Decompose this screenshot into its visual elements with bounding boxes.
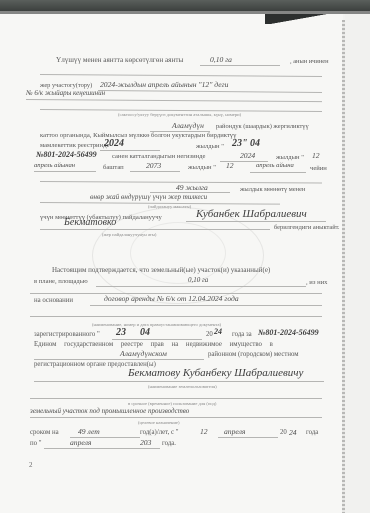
plan-area-ru: 0,10 га xyxy=(188,276,208,284)
area-suffix-ky: , анын ичинен xyxy=(290,58,329,65)
term-years-suffix-ky: жылдык мөөнөтү менен xyxy=(240,186,305,193)
plan-area-suffix-ru: , из них xyxy=(306,279,327,286)
term-prefix-ru: сроком на xyxy=(30,429,59,436)
registry-line-ru: Едином государственном реестре прав на н… xyxy=(34,341,273,348)
district-suffix-ky: райондук (шаардык) жергиликтүү xyxy=(216,123,309,130)
underline xyxy=(34,381,324,382)
term-to-month-ky: апрель айына xyxy=(256,162,294,169)
registered-year-prefix-ru: 20 xyxy=(206,331,213,338)
term-from-label-ky: баштап xyxy=(103,164,124,171)
term-from-year-prefix-ru: 20 xyxy=(280,429,287,436)
underline xyxy=(250,172,306,173)
term-to-suffix-ru: года. xyxy=(162,440,176,447)
term-value-ru: 49 лет xyxy=(78,427,100,436)
caption-recipient-ru: (наименование землепользователя) xyxy=(148,384,217,389)
underline xyxy=(34,171,96,172)
underline xyxy=(100,150,160,151)
term-to-label-ky: чейин xyxy=(310,165,327,172)
right-margin-strip xyxy=(345,14,370,513)
reg-number-ky: №801-2024-56499 xyxy=(36,150,97,159)
underline xyxy=(44,448,68,449)
decision-text-ky: 2024-жылдын апрель айынын "12" деги xyxy=(100,80,228,89)
reg-day-month-ky: 23" 04 xyxy=(232,138,260,149)
underline xyxy=(34,359,204,360)
area-label-ky: Үлүшүү менен аянтта көрсөтүлгөн аянты xyxy=(56,56,183,64)
underline xyxy=(218,437,278,438)
underline xyxy=(112,339,202,340)
underline xyxy=(40,229,270,230)
term-year-word-ru: года xyxy=(306,429,318,436)
registered-year-ru: 24 xyxy=(214,327,222,336)
binding-stitch xyxy=(342,20,345,513)
decision-number-ky: № 6/к жыйары кеңешинин xyxy=(26,89,105,97)
term-years-ky: 49 жылга xyxy=(176,183,208,192)
district-suffix-ru: районном (городском) местном xyxy=(208,351,299,358)
term-from-year-ru: 24 xyxy=(289,428,297,437)
underline xyxy=(186,221,326,222)
caption-temporary-ru: в срочное (временное) пользование для (п… xyxy=(128,401,216,406)
reg-year-ky: 2024 xyxy=(104,138,124,149)
user-name-2-ky: Бекматовко xyxy=(64,217,116,228)
term-from-day-ru: 12 xyxy=(200,427,208,436)
registered-prefix-ru: зарегистрированного " xyxy=(34,331,100,338)
term-to-year-ky: 2073 xyxy=(146,161,161,170)
registered-year-suffix-ru: года за xyxy=(232,331,252,338)
plan-area-prefix-ru: в плане, площадью xyxy=(34,278,88,285)
user-suffix-ky: берилгендиги аныктайт. xyxy=(274,224,340,231)
term-to-month-ru: апреля xyxy=(70,438,91,447)
registered-day-ru: 23 xyxy=(116,327,126,338)
caption-purpose-ru: (целевое назначение) xyxy=(138,420,180,425)
blank-line xyxy=(30,316,322,317)
caption-basis-ky: (сактоосу/уктуу берүүгө документтин атал… xyxy=(118,112,241,117)
registered-month-ru: 04 xyxy=(140,327,150,338)
year-word2-ky: жылдын " xyxy=(276,154,304,161)
district-ru: Аламүдүнском xyxy=(120,349,167,358)
district-ky: Аламүдүн xyxy=(172,121,204,130)
intro-ru: Настоящим подтверждается, что земельный(… xyxy=(52,266,270,274)
basis-prefix-ru: на основании xyxy=(34,297,73,304)
underline xyxy=(136,448,160,449)
term-to-day-ky: 12 xyxy=(226,161,234,170)
year-word3-ky: жылдын " xyxy=(188,164,216,171)
caption-basis-ru: (наименование, номер и дата правоустанав… xyxy=(92,322,221,327)
underline xyxy=(200,65,280,66)
page-number: 2 xyxy=(29,461,33,469)
registry-line-ky: каттоо органында, Кыймылсыз мүлккө болго… xyxy=(40,132,236,139)
plot-label-ky: жер участогу(тору) xyxy=(40,82,92,89)
underline xyxy=(66,448,136,449)
area-value-ky: 0,10 га xyxy=(210,55,232,64)
term-from-year-ky: 2024 xyxy=(240,151,255,160)
registered-number-ru: №801-2024-56499 xyxy=(258,328,319,337)
term-to-prefix-ru: по " xyxy=(30,440,42,447)
blank-line xyxy=(30,398,322,399)
term-from-day-ky: 12 xyxy=(312,151,320,160)
term-mid-ru: год(a)/лет, с " xyxy=(140,429,178,436)
underline xyxy=(96,286,306,287)
basis-value-ru: договор аренды № 6/к от 12.04.2024 года xyxy=(104,294,239,303)
underline xyxy=(30,417,322,418)
term-from-month-ky: апрель айынан xyxy=(34,162,75,169)
purpose-ru: земельный участок под промышленное произ… xyxy=(30,407,189,415)
caption-purpose-ky: (пайдалануу максаты) xyxy=(148,204,191,209)
purpose-ky: өнөр жай өндүрүшү үчүн жер тилкеси xyxy=(90,193,207,201)
term-from-month-ru: апреля xyxy=(224,427,245,436)
scanner-top-bar xyxy=(0,0,370,11)
state-registry-ky: мамлекеттик реестринде xyxy=(40,142,109,149)
user-name-1-ky: Кубанбек Шабралиевич xyxy=(196,208,307,220)
underline xyxy=(130,171,180,172)
reg-mid-ky: санен катталгандыгын негизинде xyxy=(112,153,205,160)
term-to-year-ru: 203 xyxy=(140,438,151,447)
year-word-ky: жылдын " xyxy=(196,143,224,150)
underline xyxy=(90,305,322,306)
recipient-ru: Бекматову Кубанбеку Шабралиевичу xyxy=(128,367,303,379)
caption-user-ky: (жер пайдалануучунун аты) xyxy=(102,232,156,237)
folded-corner xyxy=(265,14,345,24)
